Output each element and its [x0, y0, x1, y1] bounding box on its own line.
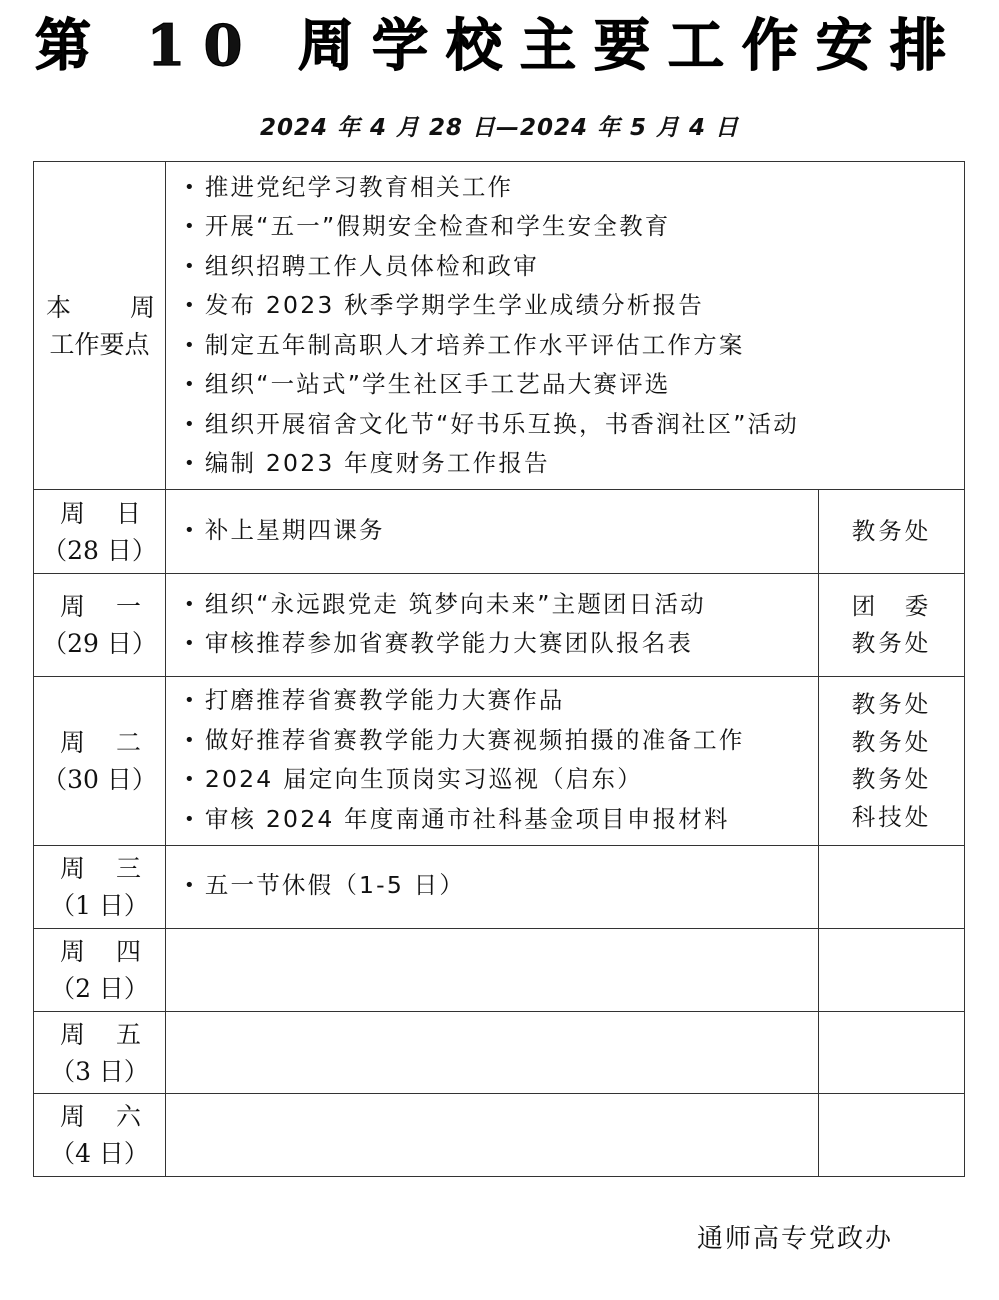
- list-item: 补上星期四课务: [184, 512, 818, 552]
- department-cell: [818, 1094, 964, 1177]
- list-item: 打磨推荐省赛教学能力大赛作品: [184, 682, 818, 722]
- weekly-focus-row: 本周 工作要点 推进党纪学习教育相关工作 开展“五一”假期安全检查和学生安全教育…: [34, 162, 965, 490]
- list-item: 组织“一站式”学生社区手工艺品大赛评选: [184, 366, 964, 406]
- day-items: [166, 1094, 819, 1177]
- day-items: 补上星期四课务: [166, 490, 819, 574]
- department-cell: 教务处 教务处 教务处 科技处: [818, 677, 964, 846]
- day-items: 打磨推荐省赛教学能力大赛作品 做好推荐省赛教学能力大赛视频拍摄的准备工作 202…: [166, 677, 819, 846]
- list-item: 开展“五一”假期安全检查和学生安全教育: [184, 208, 964, 248]
- day-label: 周四 （2 日）: [34, 929, 166, 1012]
- list-item: 2024 届定向生顶岗实习巡视（启东）: [184, 761, 818, 801]
- list-item: 组织开展宿舍文化节“好书乐互换，书香润社区”活动: [184, 406, 964, 446]
- day-row-saturday: 周六 （4 日）: [34, 1094, 965, 1177]
- day-label: 周一 （29 日）: [34, 574, 166, 677]
- day-label: 周日 （28 日）: [34, 490, 166, 574]
- department-cell: [818, 1012, 964, 1094]
- day-items: 组织“永远跟党走 筑梦向未来”主题团日活动 审核推荐参加省赛教学能力大赛团队报名…: [166, 574, 819, 677]
- page-title: 第 10 周学校主要工作安排: [0, 10, 999, 82]
- list-item: 发布 2023 秋季学期学生学业成绩分析报告: [184, 287, 964, 327]
- day-items: [166, 1012, 819, 1094]
- day-label: 周二 （30 日）: [34, 677, 166, 846]
- list-item: 审核推荐参加省赛教学能力大赛团队报名表: [184, 625, 818, 665]
- department-cell: 教务处: [818, 490, 964, 574]
- day-row-friday: 周五 （3 日）: [34, 1012, 965, 1094]
- department-cell: [818, 929, 964, 1012]
- list-item: 做好推荐省赛教学能力大赛视频拍摄的准备工作: [184, 722, 818, 762]
- list-item: 五一节休假（1-5 日）: [184, 867, 818, 907]
- day-label: 周五 （3 日）: [34, 1012, 166, 1094]
- weekly-focus-label: 本周 工作要点: [34, 162, 166, 490]
- day-label: 周三 （1 日）: [34, 846, 166, 929]
- issuer-signature: 通师高专党政办: [697, 1218, 893, 1255]
- department-cell: [818, 846, 964, 929]
- list-item: 制定五年制高职人才培养工作水平评估工作方案: [184, 327, 964, 367]
- day-row-sunday: 周日 （28 日） 补上星期四课务 教务处: [34, 490, 965, 574]
- department-cell: 团 委 教务处: [818, 574, 964, 677]
- day-row-wednesday: 周三 （1 日） 五一节休假（1-5 日）: [34, 846, 965, 929]
- list-item: 组织“永远跟党走 筑梦向未来”主题团日活动: [184, 586, 818, 626]
- list-item: 组织招聘工作人员体检和政审: [184, 248, 964, 288]
- list-item: 审核 2024 年度南通市社科基金项目申报材料: [184, 801, 818, 841]
- list-item: 编制 2023 年度财务工作报告: [184, 445, 964, 485]
- date-range: 2024 年 4 月 28 日—2024 年 5 月 4 日: [0, 112, 999, 144]
- schedule-table: 本周 工作要点 推进党纪学习教育相关工作 开展“五一”假期安全检查和学生安全教育…: [33, 161, 965, 1177]
- day-items: [166, 929, 819, 1012]
- day-row-monday: 周一 （29 日） 组织“永远跟党走 筑梦向未来”主题团日活动 审核推荐参加省赛…: [34, 574, 965, 677]
- day-row-tuesday: 周二 （30 日） 打磨推荐省赛教学能力大赛作品 做好推荐省赛教学能力大赛视频拍…: [34, 677, 965, 846]
- day-label: 周六 （4 日）: [34, 1094, 166, 1177]
- day-items: 五一节休假（1-5 日）: [166, 846, 819, 929]
- weekly-focus-items: 推进党纪学习教育相关工作 开展“五一”假期安全检查和学生安全教育 组织招聘工作人…: [166, 162, 965, 490]
- list-item: 推进党纪学习教育相关工作: [184, 169, 964, 209]
- day-row-thursday: 周四 （2 日）: [34, 929, 965, 1012]
